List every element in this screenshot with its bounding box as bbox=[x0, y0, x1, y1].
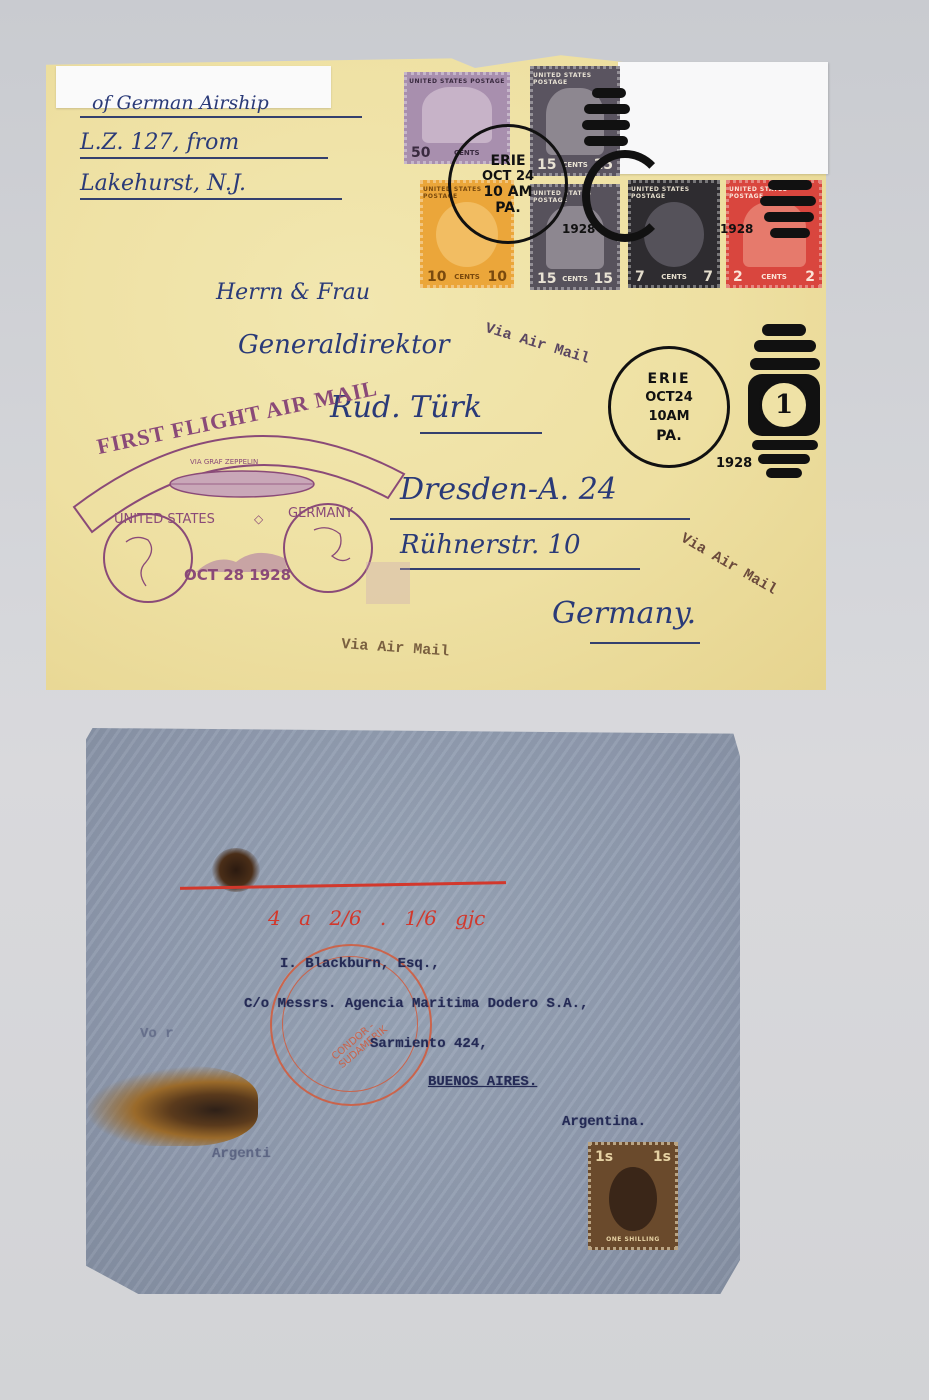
recipient-line: Generaldirektor bbox=[238, 330, 450, 360]
first-flight-cachet: FIRST FLIGHT AIR MAIL VIA GRAF ZEPPELIN … bbox=[66, 412, 412, 612]
stamp-one-shilling: 1s1s ONE SHILLING bbox=[588, 1142, 678, 1250]
killer-cancel-bars bbox=[760, 180, 820, 260]
typed-address-line: I. Blackburn, Esq., bbox=[280, 956, 440, 972]
underline bbox=[590, 642, 700, 644]
typed-address-line: Sarmiento 424, bbox=[370, 1036, 488, 1052]
faint-typed-text: Argenti bbox=[212, 1146, 271, 1162]
recipient-line: Rühnerstr. 10 bbox=[400, 530, 581, 560]
duplex-killer-cancel bbox=[582, 88, 632, 238]
zeppelin-diamond-icon: ◇ bbox=[254, 512, 263, 527]
typed-address-line: C/o Messrs. Agencia Maritima Dodero S.A.… bbox=[244, 996, 588, 1012]
cachet-route-left: UNITED STATES bbox=[114, 512, 215, 527]
erie-postmark: ERIE OCT24 10AM PA. bbox=[608, 346, 730, 468]
sender-line: L.Z. 127, from bbox=[80, 130, 380, 155]
underline bbox=[390, 518, 690, 520]
sender-block: of German Airship L.Z. 127, from Lakehur… bbox=[80, 92, 380, 200]
postmark-year: 1928 bbox=[716, 456, 752, 471]
king-george-portrait bbox=[609, 1167, 656, 1231]
faint-typed-text: Vo r bbox=[140, 1026, 174, 1042]
recipient-line: Dresden-A. 24 bbox=[400, 472, 617, 507]
cachet-date: OCT 28 1928 bbox=[184, 566, 291, 584]
underline bbox=[80, 116, 362, 118]
numeral-killer-cancel: 1 bbox=[748, 324, 822, 480]
postmark-year: 1928 bbox=[720, 222, 753, 236]
white-insert-card bbox=[618, 62, 828, 174]
cachet-route-right: GERMANY bbox=[288, 506, 353, 521]
killer-number: 1 bbox=[775, 390, 793, 420]
underline bbox=[80, 198, 342, 200]
sender-line: Lakehurst, N.J. bbox=[80, 171, 380, 196]
cachet-subtitle: VIA GRAF ZEPPELIN bbox=[190, 458, 258, 466]
underline bbox=[420, 432, 542, 434]
recipient-line: Herrn & Frau bbox=[216, 280, 370, 305]
red-rate-annotation: 4 a 2/6 . 1/6 gjc bbox=[268, 906, 485, 930]
burn-mark bbox=[88, 1066, 258, 1146]
recipient-line: Germany. bbox=[552, 596, 696, 631]
typed-address-line: BUENOS AIRES. bbox=[428, 1074, 537, 1090]
sender-line: of German Airship bbox=[80, 92, 380, 114]
erie-postmark: ERIE OCT 24 10 AM PA. bbox=[448, 124, 568, 244]
underline bbox=[80, 157, 328, 159]
underline bbox=[400, 568, 640, 570]
typed-address-line: Argentina. bbox=[562, 1114, 646, 1130]
